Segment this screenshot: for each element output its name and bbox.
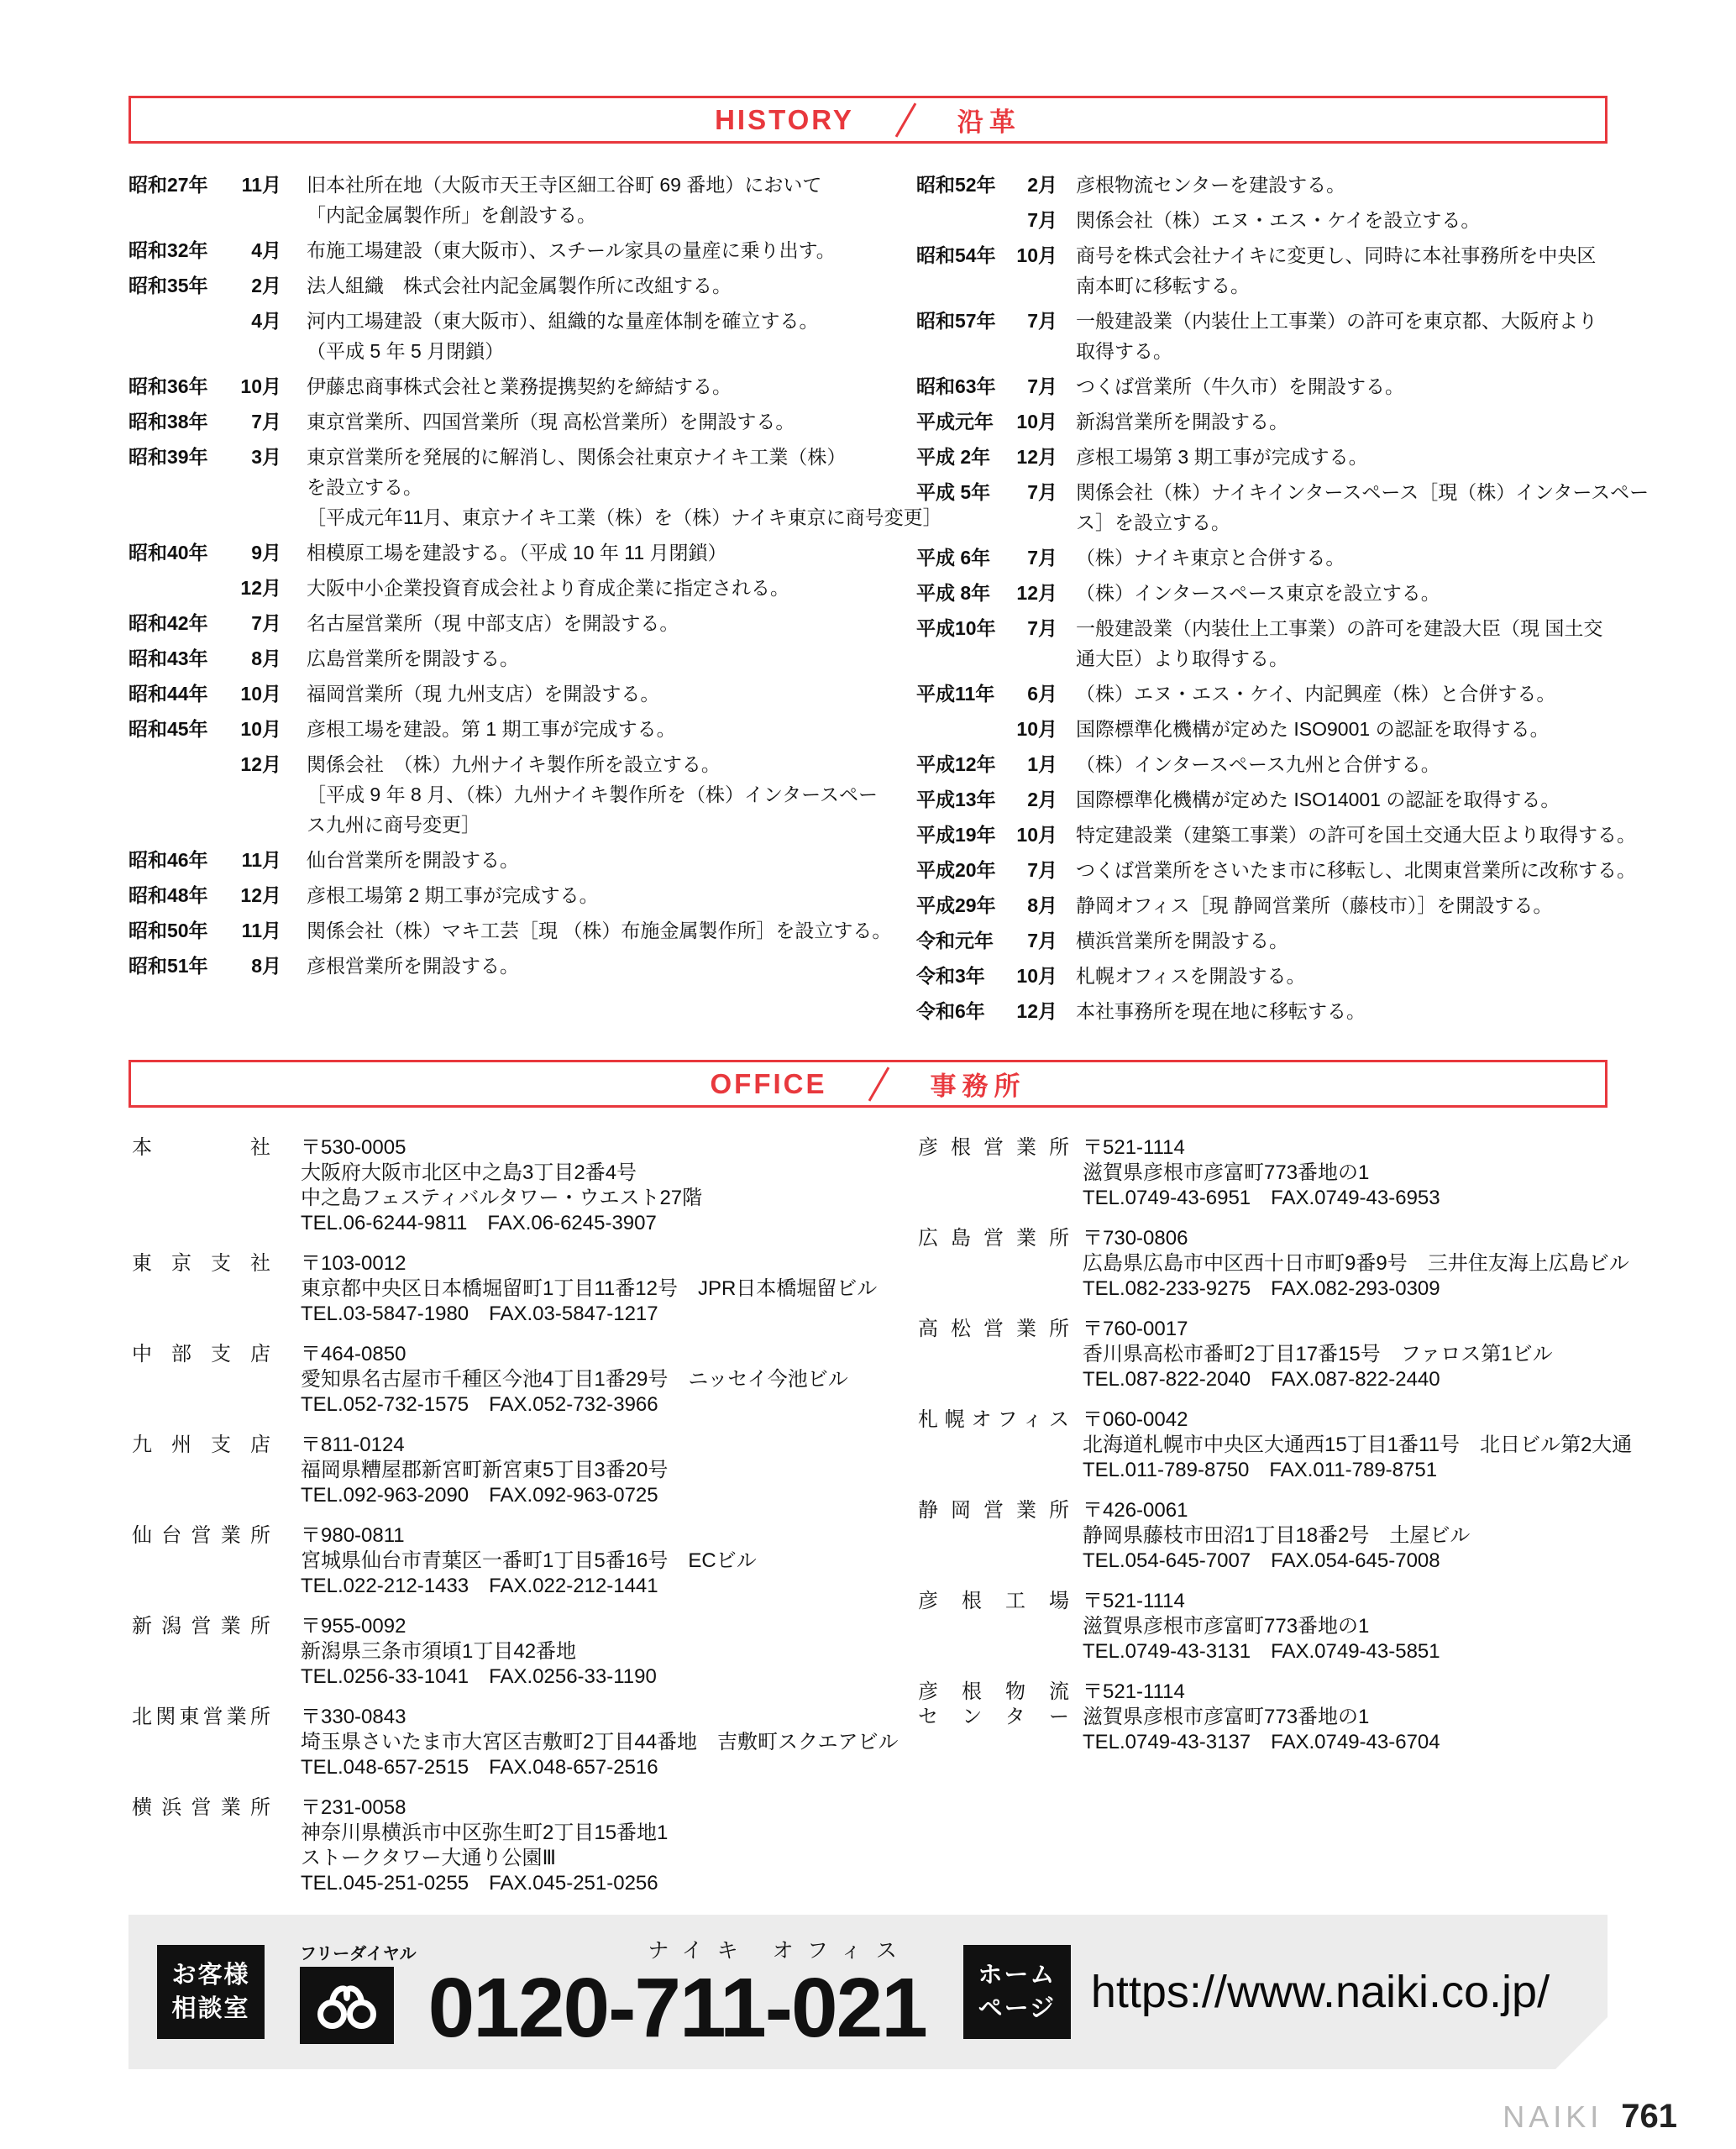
office-name: 本社 xyxy=(132,1135,270,1236)
office-detail-line: 滋賀県彦根市彦富町773番地の1 xyxy=(1083,1161,1608,1186)
office-detail-line: 神奈川県横浜市中区弥生町2丁目15番地1 xyxy=(301,1821,854,1846)
history-month: 8月 xyxy=(1010,890,1057,920)
office-detail-line: 愛知県名古屋市千種区今池4丁目1番29号 ニッセイ今池ビル xyxy=(301,1367,854,1392)
history-entry: 昭和46年11月仙台営業所を開設する。 xyxy=(128,845,849,875)
office-entry: 彦根営業所〒521-1114滋賀県彦根市彦富町773番地の1TEL.0749-4… xyxy=(918,1135,1608,1211)
history-text: 関係会社 （株）九州ナイキ製作所を設立する。［平成 9 年 8 月、（株）九州ナ… xyxy=(281,749,878,840)
history-year: 昭和63年 xyxy=(916,371,1010,401)
history-line: 国際標準化機構が定めた ISO14001 の認証を取得する。 xyxy=(1076,784,1608,815)
history-year: 昭和39年 xyxy=(128,442,228,532)
history-entry: 平成 6年7月（株）ナイキ東京と合併する。 xyxy=(916,542,1608,573)
history-line: 静岡オフィス［現 静岡営業所（藤枝市）］を開設する。 xyxy=(1076,890,1608,920)
history-line: 彦根物流センターを建設する。 xyxy=(1076,170,1608,200)
office-detail-line: TEL.054-645-7007 FAX.054-645-7008 xyxy=(1083,1549,1608,1574)
history-line: 札幌オフィスを開設する。 xyxy=(1076,961,1608,991)
history-text: 福岡営業所（現 九州支店）を開設する。 xyxy=(281,679,849,709)
office-detail-line: TEL.052-732-1575 FAX.052-732-3966 xyxy=(301,1392,854,1418)
office-name: 彦根工場 xyxy=(918,1589,1069,1664)
office-detail-line: 〒760-0017 xyxy=(1083,1317,1608,1342)
history-month: 4月 xyxy=(228,306,281,366)
history-line: 南本町に移転する。 xyxy=(1076,270,1608,301)
history-line: 彦根工場第 3 期工事が完成する。 xyxy=(1076,442,1608,472)
history-entry: 昭和50年11月関係会社（株）マキ工芸［現 （株）布施金属製作所］を設立する。 xyxy=(128,915,849,946)
office-detail-line: 埼玉県さいたま市大宮区吉敷町2丁目44番地 吉敷町スクエアビル xyxy=(301,1730,899,1755)
office-name-line: 仙台営業所 xyxy=(132,1523,270,1549)
homepage-line1: ホーム xyxy=(978,1958,1056,1992)
history-entry: 令和6年12月本社事務所を現在地に移転する。 xyxy=(916,996,1608,1026)
history-text: 国際標準化機構が定めた ISO14001 の認証を取得する。 xyxy=(1057,784,1608,815)
history-month: 7月 xyxy=(1010,205,1057,235)
office-name: 東京支社 xyxy=(132,1251,270,1327)
history-year: 令和3年 xyxy=(916,961,1010,991)
history-year: 昭和35年 xyxy=(128,270,228,301)
office-name: 横浜営業所 xyxy=(132,1795,270,1896)
office-entry: 中部支店〒464-0850愛知県名古屋市千種区今池4丁目1番29号 ニッセイ今池… xyxy=(132,1342,854,1418)
history-year xyxy=(128,749,228,840)
history-year: 昭和54年 xyxy=(916,240,1010,301)
history-text: 彦根物流センターを建設する。 xyxy=(1057,170,1608,200)
history-month: 12月 xyxy=(1010,996,1057,1026)
office-detail-line: 〒955-0092 xyxy=(301,1614,854,1639)
office-details: 〒103-0012東京都中央区日本橋堀留町1丁目11番12号 JPR日本橋堀留ビ… xyxy=(301,1251,877,1327)
history-entry: 平成 2年12月彦根工場第 3 期工事が完成する。 xyxy=(916,442,1608,472)
office-detail-line: 宮城県仙台市青葉区一番町1丁目5番16号 ECビル xyxy=(301,1549,854,1574)
office-detail-line: 〒521-1114 xyxy=(1083,1589,1608,1614)
office-detail-line: TEL.0749-43-3137 FAX.0749-43-6704 xyxy=(1083,1730,1608,1755)
history-year: 昭和52年 xyxy=(916,170,1010,200)
history-column-left: 昭和27年11月旧本社所在地（大阪市天王寺区細工谷町 69 番地）において「内記… xyxy=(128,170,849,1031)
history-year: 昭和44年 xyxy=(128,679,228,709)
history-timeline: 昭和27年11月旧本社所在地（大阪市天王寺区細工谷町 69 番地）において「内記… xyxy=(128,170,1608,1031)
history-text: 旧本社所在地（大阪市天王寺区細工谷町 69 番地）において「内記金属製作所」を創… xyxy=(281,170,849,230)
history-entry: 昭和38年7月東京営業所、四国営業所（現 高松営業所）を開設する。 xyxy=(128,406,849,437)
history-title-en: HISTORY xyxy=(715,104,854,136)
history-entry: 12月関係会社 （株）九州ナイキ製作所を設立する。［平成 9 年 8 月、（株）… xyxy=(128,749,849,840)
history-line: （平成 5 年 5 月閉鎖） xyxy=(307,336,849,366)
office-details: 〒980-0811宮城県仙台市青葉区一番町1丁目5番16号 ECビルTEL.02… xyxy=(301,1523,854,1599)
history-entry: 令和元年7月横浜営業所を開設する。 xyxy=(916,925,1608,956)
history-line: 一般建設業（内装仕上工事業）の許可を東京都、大阪府より xyxy=(1076,306,1608,336)
office-detail-line: 香川県高松市番町2丁目17番15号 ファロス第1ビル xyxy=(1083,1342,1608,1367)
history-text: 彦根工場を建設。第 1 期工事が完成する。 xyxy=(281,714,849,744)
history-entry: 昭和51年8月彦根営業所を開設する。 xyxy=(128,951,849,981)
history-year xyxy=(916,205,1010,235)
history-year: 昭和42年 xyxy=(128,608,228,638)
history-year: 平成 2年 xyxy=(916,442,1010,472)
office-name: 新潟営業所 xyxy=(132,1614,270,1690)
history-text: （株）ナイキ東京と合併する。 xyxy=(1057,542,1608,573)
office-detail-line: TEL.011-789-8750 FAX.011-789-8751 xyxy=(1083,1458,1632,1483)
history-line: 関係会社（株）エヌ・エス・ケイを設立する。 xyxy=(1076,205,1608,235)
office-detail-line: 〒521-1114 xyxy=(1083,1135,1608,1161)
history-line: 関係会社（株）ナイキインタースペース［現（株）インタースペー xyxy=(1076,477,1649,507)
phone-ruby: ナイキ オフィス xyxy=(428,1934,926,1964)
history-line: つくば営業所（牛久市）を開設する。 xyxy=(1076,371,1608,401)
history-text: 法人組織 株式会社内記金属製作所に改組する。 xyxy=(281,270,849,301)
office-name: 彦根物流センター xyxy=(918,1680,1069,1755)
office-entry: 横浜営業所〒231-0058神奈川県横浜市中区弥生町2丁目15番地1ストークタワ… xyxy=(132,1795,854,1896)
history-text: 相模原工場を建設する。（平成 10 年 11 月閉鎖） xyxy=(281,537,849,568)
office-detail-line: ストークタワー大通り公園Ⅲ xyxy=(301,1846,854,1871)
office-entry: 彦根物流センター〒521-1114滋賀県彦根市彦富町773番地の1TEL.074… xyxy=(918,1680,1608,1755)
history-line: 取得する。 xyxy=(1076,336,1608,366)
office-detail-line: 中之島フェスティバルタワー・ウエスト27階 xyxy=(301,1186,854,1211)
office-name-line: 彦根工場 xyxy=(918,1589,1069,1614)
history-entry: 昭和54年10月商号を株式会社ナイキに変更し、同時に本社事務所を中央区南本町に移… xyxy=(916,240,1608,301)
history-year: 平成 8年 xyxy=(916,578,1010,608)
office-detail-line: TEL.022-212-1433 FAX.022-212-1441 xyxy=(301,1574,854,1599)
office-column-right: 彦根営業所〒521-1114滋賀県彦根市彦富町773番地の1TEL.0749-4… xyxy=(918,1135,1608,1911)
history-month: 12月 xyxy=(228,880,281,910)
history-column-right: 昭和52年2月彦根物流センターを建設する。7月関係会社（株）エヌ・エス・ケイを設… xyxy=(916,170,1608,1031)
office-detail-line: 福岡県糟屋郡新宮町新宮東5丁目3番20号 xyxy=(301,1458,854,1483)
history-entry: 昭和44年10月福岡営業所（現 九州支店）を開設する。 xyxy=(128,679,849,709)
office-detail-line: 〒060-0042 xyxy=(1083,1407,1632,1433)
history-line: 横浜営業所を開設する。 xyxy=(1076,925,1608,956)
office-name-line: 中部支店 xyxy=(132,1342,270,1367)
brand-logo: NAIKI xyxy=(1503,2099,1602,2135)
office-detail-line: 北海道札幌市中央区大通西15丁目1番11号 北日ビル第2大通 xyxy=(1083,1433,1632,1458)
history-line: 名古屋営業所（現 中部支店）を開設する。 xyxy=(307,608,849,638)
history-line: 法人組織 株式会社内記金属製作所に改組する。 xyxy=(307,270,849,301)
office-entry: 仙台営業所〒980-0811宮城県仙台市青葉区一番町1丁目5番16号 ECビルT… xyxy=(132,1523,854,1599)
office-detail-line: 〒103-0012 xyxy=(301,1251,877,1276)
office-detail-line: TEL.0749-43-6951 FAX.0749-43-6953 xyxy=(1083,1186,1608,1211)
history-year: 昭和45年 xyxy=(128,714,228,744)
history-month: 11月 xyxy=(228,845,281,875)
history-year: 平成元年 xyxy=(916,406,1010,437)
history-line: 彦根工場を建設。第 1 期工事が完成する。 xyxy=(307,714,849,744)
history-text: 横浜営業所を開設する。 xyxy=(1057,925,1608,956)
office-detail-line: 大阪府大阪市北区中之島3丁目2番4号 xyxy=(301,1161,854,1186)
history-line: 関係会社（株）マキ工芸［現 （株）布施金属製作所］を設立する。 xyxy=(307,915,891,946)
office-details: 〒426-0061静岡県藤枝市田沼1丁目18番2号 土屋ビルTEL.054-64… xyxy=(1083,1498,1608,1574)
history-entry: 平成11年6月（株）エヌ・エス・ケイ、内記興産（株）と合併する。 xyxy=(916,679,1608,709)
freedial-block: フリーダイヤル xyxy=(300,1940,417,2044)
history-entry: 昭和48年12月彦根工場第 2 期工事が完成する。 xyxy=(128,880,849,910)
history-line: 旧本社所在地（大阪市天王寺区細工谷町 69 番地）において xyxy=(307,170,849,200)
history-year: 平成 5年 xyxy=(916,477,1010,537)
office-entry: 新潟営業所〒955-0092新潟県三条市須頃1丁目42番地TEL.0256-33… xyxy=(132,1614,854,1690)
history-month: 10月 xyxy=(228,679,281,709)
office-detail-line: TEL.0749-43-3131 FAX.0749-43-5851 xyxy=(1083,1639,1608,1664)
office-entry: 北関東営業所〒330-0843埼玉県さいたま市大宮区吉敷町2丁目44番地 吉敷町… xyxy=(132,1705,854,1780)
history-month: 3月 xyxy=(228,442,281,532)
office-detail-line: 新潟県三条市須頃1丁目42番地 xyxy=(301,1639,854,1664)
history-year: 昭和51年 xyxy=(128,951,228,981)
history-entry: 昭和52年2月彦根物流センターを建設する。 xyxy=(916,170,1608,200)
office-name-line: 広島営業所 xyxy=(918,1226,1069,1251)
history-year xyxy=(128,306,228,366)
history-entry: 平成13年2月国際標準化機構が定めた ISO14001 の認証を取得する。 xyxy=(916,784,1608,815)
history-month: 10月 xyxy=(228,714,281,744)
office-name-line: 彦根営業所 xyxy=(918,1135,1069,1161)
history-year: 平成 6年 xyxy=(916,542,1010,573)
office-detail-line: TEL.0256-33-1041 FAX.0256-33-1190 xyxy=(301,1664,854,1690)
history-section-header: HISTORY 沿革 xyxy=(128,96,1608,144)
history-month: 7月 xyxy=(1010,542,1057,573)
history-text: （株）インタースペース東京を設立する。 xyxy=(1057,578,1608,608)
history-entry: 昭和39年3月東京営業所を発展的に解消し、関係会社東京ナイキ工業（株）を設立する… xyxy=(128,442,849,532)
office-name-line: 高松営業所 xyxy=(918,1317,1069,1342)
slash-divider-icon xyxy=(895,102,917,137)
history-line: 本社事務所を現在地に移転する。 xyxy=(1076,996,1608,1026)
history-text: 河内工場建設（東大阪市）、組織的な量産体制を確立する。（平成 5 年 5 月閉鎖… xyxy=(281,306,849,366)
history-year: 平成29年 xyxy=(916,890,1010,920)
history-text: 仙台営業所を開設する。 xyxy=(281,845,849,875)
history-entry: 平成19年10月特定建設業（建築工事業）の許可を国土交通大臣より取得する。 xyxy=(916,820,1608,850)
office-details: 〒521-1114滋賀県彦根市彦富町773番地の1TEL.0749-43-313… xyxy=(1083,1589,1608,1664)
history-entry: 昭和42年7月名古屋営業所（現 中部支店）を開設する。 xyxy=(128,608,849,638)
office-name: 静岡営業所 xyxy=(918,1498,1069,1574)
history-month: 10月 xyxy=(1010,714,1057,744)
history-month: 10月 xyxy=(228,371,281,401)
history-entry: 昭和43年8月広島営業所を開設する。 xyxy=(128,643,849,674)
freedial-label: フリーダイヤル xyxy=(300,1940,417,1964)
office-name: 高松営業所 xyxy=(918,1317,1069,1392)
history-month: 7月 xyxy=(1010,613,1057,674)
history-text: （株）インタースペース九州と合併する。 xyxy=(1057,749,1608,779)
office-detail-line: 〒980-0811 xyxy=(301,1523,854,1549)
office-details: 〒811-0124福岡県糟屋郡新宮町新宮東5丁目3番20号TEL.092-963… xyxy=(301,1433,854,1508)
history-entry: 10月国際標準化機構が定めた ISO9001 の認証を取得する。 xyxy=(916,714,1608,744)
history-title-ja: 沿革 xyxy=(957,101,1021,139)
history-line: ス九州に商号変更］ xyxy=(307,810,878,840)
office-detail-line: 広島県広島市中区西十日市町9番9号 三井住友海上広島ビル xyxy=(1083,1251,1629,1276)
office-detail-line: 滋賀県彦根市彦富町773番地の1 xyxy=(1083,1705,1608,1730)
history-text: 彦根工場第 3 期工事が完成する。 xyxy=(1057,442,1608,472)
office-entry: 広島営業所〒730-0806広島県広島市中区西十日市町9番9号 三井住友海上広島… xyxy=(918,1226,1608,1302)
history-line: 相模原工場を建設する。（平成 10 年 11 月閉鎖） xyxy=(307,537,849,568)
office-name: 中部支店 xyxy=(132,1342,270,1418)
history-month: 10月 xyxy=(1010,406,1057,437)
history-text: 伊藤忠商事株式会社と業務提携契約を締結する。 xyxy=(281,371,849,401)
history-text: つくば営業所をさいたま市に移転し、北関東営業所に改称する。 xyxy=(1057,855,1636,885)
history-month: 12月 xyxy=(1010,578,1057,608)
history-year: 昭和50年 xyxy=(128,915,228,946)
office-title-ja: 事務所 xyxy=(931,1065,1026,1103)
history-year: 昭和40年 xyxy=(128,537,228,568)
history-text: 彦根工場第 2 期工事が完成する。 xyxy=(281,880,849,910)
history-year: 平成10年 xyxy=(916,613,1010,674)
office-name-line: 彦根物流 xyxy=(918,1680,1069,1705)
office-name-line: 札幌オフィス xyxy=(918,1407,1069,1433)
history-text: 本社事務所を現在地に移転する。 xyxy=(1057,996,1608,1026)
history-text: 静岡オフィス［現 静岡営業所（藤枝市）］を開設する。 xyxy=(1057,890,1608,920)
office-detail-line: 〒521-1114 xyxy=(1083,1680,1608,1705)
office-details: 〒330-0843埼玉県さいたま市大宮区吉敷町2丁目44番地 吉敷町スクエアビル… xyxy=(301,1705,899,1780)
history-year: 昭和27年 xyxy=(128,170,228,230)
office-entry: 彦根工場〒521-1114滋賀県彦根市彦富町773番地の1TEL.0749-43… xyxy=(918,1589,1608,1664)
history-line: を設立する。 xyxy=(307,472,942,502)
history-year: 昭和57年 xyxy=(916,306,1010,366)
customer-service-box: お客様 相談室 xyxy=(157,1945,265,2039)
history-text: つくば営業所（牛久市）を開設する。 xyxy=(1057,371,1608,401)
office-details: 〒730-0806広島県広島市中区西十日市町9番9号 三井住友海上広島ビルTEL… xyxy=(1083,1226,1629,1302)
history-entry: 令和3年10月札幌オフィスを開設する。 xyxy=(916,961,1608,991)
history-year: 平成20年 xyxy=(916,855,1010,885)
phone-number: 0120-711-021 xyxy=(428,1966,926,2050)
office-entry: 本社〒530-0005大阪府大阪市北区中之島3丁目2番4号中之島フェスティバルタ… xyxy=(132,1135,854,1236)
customer-service-line1: お客様 xyxy=(171,1958,249,1992)
office-name: 広島営業所 xyxy=(918,1226,1069,1302)
office-entry: 高松営業所〒760-0017香川県高松市番町2丁目17番15号 ファロス第1ビル… xyxy=(918,1317,1608,1392)
history-entry: 昭和35年2月法人組織 株式会社内記金属製作所に改組する。 xyxy=(128,270,849,301)
office-details: 〒760-0017香川県高松市番町2丁目17番15号 ファロス第1ビルTEL.0… xyxy=(1083,1317,1608,1392)
history-line: 「内記金属製作所」を創設する。 xyxy=(307,200,849,230)
history-text: 国際標準化機構が定めた ISO9001 の認証を取得する。 xyxy=(1057,714,1608,744)
history-text: 札幌オフィスを開設する。 xyxy=(1057,961,1608,991)
homepage-box: ホーム ページ xyxy=(963,1945,1071,2039)
history-year: 平成13年 xyxy=(916,784,1010,815)
history-entry: 昭和63年7月つくば営業所（牛久市）を開設する。 xyxy=(916,371,1608,401)
history-month: 11月 xyxy=(228,170,281,230)
office-section-header: OFFICE 事務所 xyxy=(128,1060,1608,1108)
history-entry: 4月河内工場建設（東大阪市）、組織的な量産体制を確立する。（平成 5 年 5 月… xyxy=(128,306,849,366)
office-detail-line: 〒426-0061 xyxy=(1083,1498,1608,1523)
office-entry: 東京支社〒103-0012東京都中央区日本橋堀留町1丁目11番12号 JPR日本… xyxy=(132,1251,854,1327)
office-detail-line: 〒330-0843 xyxy=(301,1705,899,1730)
history-year: 平成19年 xyxy=(916,820,1010,850)
history-entry: 平成元年10月新潟営業所を開設する。 xyxy=(916,406,1608,437)
history-entry: 平成20年7月つくば営業所をさいたま市に移転し、北関東営業所に改称する。 xyxy=(916,855,1608,885)
history-month: 7月 xyxy=(1010,855,1057,885)
history-month: 7月 xyxy=(228,608,281,638)
history-line: 河内工場建設（東大阪市）、組織的な量産体制を確立する。 xyxy=(307,306,849,336)
history-text: 商号を株式会社ナイキに変更し、同時に本社事務所を中央区南本町に移転する。 xyxy=(1057,240,1608,301)
office-name: 九州支店 xyxy=(132,1433,270,1508)
history-month: 7月 xyxy=(1010,925,1057,956)
history-text: 名古屋営業所（現 中部支店）を開設する。 xyxy=(281,608,849,638)
history-text: 新潟営業所を開設する。 xyxy=(1057,406,1608,437)
history-year: 平成11年 xyxy=(916,679,1010,709)
catalog-page: HISTORY 沿革 昭和27年11月旧本社所在地（大阪市天王寺区細工谷町 69… xyxy=(0,0,1736,2149)
contact-band: お客様 相談室 フリーダイヤル ナイキ オフィス 0120-711-021 xyxy=(128,1915,1608,2069)
history-text: 東京営業所、四国営業所（現 高松営業所）を開設する。 xyxy=(281,406,849,437)
homepage-url[interactable]: https://www.naiki.co.jp/ xyxy=(1091,1966,1550,2018)
office-entry: 九州支店〒811-0124福岡県糟屋郡新宮町新宮東5丁目3番20号TEL.092… xyxy=(132,1433,854,1508)
office-column-left: 本社〒530-0005大阪府大阪市北区中之島3丁目2番4号中之島フェスティバルタ… xyxy=(132,1135,854,1911)
office-details: 〒530-0005大阪府大阪市北区中之島3丁目2番4号中之島フェスティバルタワー… xyxy=(301,1135,854,1236)
slash-divider-icon xyxy=(868,1067,889,1101)
history-text: 大阪中小企業投資育成会社より育成企業に指定される。 xyxy=(281,573,849,603)
office-detail-line: TEL.048-657-2515 FAX.048-657-2516 xyxy=(301,1755,899,1780)
history-entry: 7月関係会社（株）エヌ・エス・ケイを設立する。 xyxy=(916,205,1608,235)
history-entry: 昭和36年10月伊藤忠商事株式会社と業務提携契約を締結する。 xyxy=(128,371,849,401)
page-number: 761 xyxy=(1621,2098,1677,2136)
office-title-en: OFFICE xyxy=(711,1068,827,1100)
office-name: 札幌オフィス xyxy=(918,1407,1069,1483)
history-text: 関係会社（株）ナイキインタースペース［現（株）インタースペース］を設立する。 xyxy=(1057,477,1649,537)
history-text: 一般建設業（内装仕上工事業）の許可を建設大臣（現 国土交通大臣）より取得する。 xyxy=(1057,613,1608,674)
history-year: 平成12年 xyxy=(916,749,1010,779)
history-month: 7月 xyxy=(228,406,281,437)
history-month: 1月 xyxy=(1010,749,1057,779)
history-entry: 12月大阪中小企業投資育成会社より育成企業に指定される。 xyxy=(128,573,849,603)
history-line: 布施工場建設（東大阪市）、スチール家具の量産に乗り出す。 xyxy=(307,235,849,265)
history-line: 国際標準化機構が定めた ISO9001 の認証を取得する。 xyxy=(1076,714,1608,744)
history-line: 伊藤忠商事株式会社と業務提携契約を締結する。 xyxy=(307,371,849,401)
history-year: 昭和46年 xyxy=(128,845,228,875)
phone-block: ナイキ オフィス 0120-711-021 xyxy=(428,1934,926,2050)
office-name: 彦根営業所 xyxy=(918,1135,1069,1211)
history-month: 10月 xyxy=(1010,240,1057,301)
office-detail-line: 〒730-0806 xyxy=(1083,1226,1629,1251)
office-name-line: センター xyxy=(918,1705,1069,1730)
history-text: 広島営業所を開設する。 xyxy=(281,643,849,674)
office-detail-line: 〒530-0005 xyxy=(301,1135,854,1161)
history-line: 彦根営業所を開設する。 xyxy=(307,951,849,981)
history-month: 2月 xyxy=(1010,784,1057,815)
office-detail-line: 滋賀県彦根市彦富町773番地の1 xyxy=(1083,1614,1608,1639)
history-entry: 昭和57年7月一般建設業（内装仕上工事業）の許可を東京都、大阪府より取得する。 xyxy=(916,306,1608,366)
office-detail-line: TEL.06-6244-9811 FAX.06-6245-3907 xyxy=(301,1211,854,1236)
history-month: 2月 xyxy=(1010,170,1057,200)
history-line: 彦根工場第 2 期工事が完成する。 xyxy=(307,880,849,910)
office-details: 〒521-1114滋賀県彦根市彦富町773番地の1TEL.0749-43-695… xyxy=(1083,1135,1608,1211)
office-name-line: 本社 xyxy=(132,1135,270,1161)
history-month: 2月 xyxy=(228,270,281,301)
history-month: 6月 xyxy=(1010,679,1057,709)
office-detail-line: 静岡県藤枝市田沼1丁目18番2号 土屋ビル xyxy=(1083,1523,1608,1549)
history-line: ス］を設立する。 xyxy=(1076,507,1649,537)
history-line: 特定建設業（建築工事業）の許可を国土交通大臣より取得する。 xyxy=(1076,820,1636,850)
history-line: 一般建設業（内装仕上工事業）の許可を建設大臣（現 国土交 xyxy=(1076,613,1608,643)
history-line: （株）ナイキ東京と合併する。 xyxy=(1076,542,1608,573)
history-entry: 平成29年8月静岡オフィス［現 静岡営業所（藤枝市）］を開設する。 xyxy=(916,890,1608,920)
history-line: つくば営業所をさいたま市に移転し、北関東営業所に改称する。 xyxy=(1076,855,1636,885)
office-details: 〒521-1114滋賀県彦根市彦富町773番地の1TEL.0749-43-313… xyxy=(1083,1680,1608,1755)
history-text: 東京営業所を発展的に解消し、関係会社東京ナイキ工業（株）を設立する。［平成元年1… xyxy=(281,442,942,532)
history-year: 昭和38年 xyxy=(128,406,228,437)
history-month: 12月 xyxy=(228,573,281,603)
office-detail-line: TEL.087-822-2040 FAX.087-822-2440 xyxy=(1083,1367,1608,1392)
history-line: ［平成 9 年 8 月、（株）九州ナイキ製作所を（株）インタースペー xyxy=(307,779,878,810)
history-month: 9月 xyxy=(228,537,281,568)
office-details: 〒464-0850愛知県名古屋市千種区今池4丁目1番29号 ニッセイ今池ビルTE… xyxy=(301,1342,854,1418)
history-entry: 昭和40年9月相模原工場を建設する。（平成 10 年 11 月閉鎖） xyxy=(128,537,849,568)
history-text: 関係会社（株）マキ工芸［現 （株）布施金属製作所］を設立する。 xyxy=(281,915,891,946)
office-name-line: 新潟営業所 xyxy=(132,1614,270,1639)
history-line: 東京営業所を発展的に解消し、関係会社東京ナイキ工業（株） xyxy=(307,442,942,472)
history-year: 昭和48年 xyxy=(128,880,228,910)
history-line: ［平成元年11月、東京ナイキ工業（株）を（株）ナイキ東京に商号変更］ xyxy=(307,502,942,532)
history-entry: 昭和45年10月彦根工場を建設。第 1 期工事が完成する。 xyxy=(128,714,849,744)
office-details: 〒060-0042北海道札幌市中央区大通西15丁目1番11号 北日ビル第2大通T… xyxy=(1083,1407,1632,1483)
page-footer: NAIKI 761 xyxy=(1503,2098,1677,2136)
history-month: 8月 xyxy=(228,951,281,981)
history-text: （株）エヌ・エス・ケイ、内記興産（株）と合併する。 xyxy=(1057,679,1608,709)
history-line: 商号を株式会社ナイキに変更し、同時に本社事務所を中央区 xyxy=(1076,240,1608,270)
office-detail-line: TEL.092-963-2090 FAX.092-963-0725 xyxy=(301,1483,854,1508)
office-list: 本社〒530-0005大阪府大阪市北区中之島3丁目2番4号中之島フェスティバルタ… xyxy=(132,1135,1608,1911)
office-name-line: 静岡営業所 xyxy=(918,1498,1069,1523)
history-month: 4月 xyxy=(228,235,281,265)
history-line: （株）エヌ・エス・ケイ、内記興産（株）と合併する。 xyxy=(1076,679,1608,709)
office-name: 北関東営業所 xyxy=(132,1705,270,1780)
history-line: 仙台営業所を開設する。 xyxy=(307,845,849,875)
history-month: 11月 xyxy=(228,915,281,946)
history-entry: 平成 5年7月関係会社（株）ナイキインタースペース［現（株）インタースペース］を… xyxy=(916,477,1608,537)
history-text: 彦根営業所を開設する。 xyxy=(281,951,849,981)
history-line: 新潟営業所を開設する。 xyxy=(1076,406,1608,437)
history-entry: 平成10年7月一般建設業（内装仕上工事業）の許可を建設大臣（現 国土交通大臣）よ… xyxy=(916,613,1608,674)
office-details: 〒955-0092新潟県三条市須頃1丁目42番地TEL.0256-33-1041… xyxy=(301,1614,854,1690)
freephone-icon xyxy=(300,1967,394,2044)
office-name: 仙台営業所 xyxy=(132,1523,270,1599)
history-entry: 平成 8年12月（株）インタースペース東京を設立する。 xyxy=(916,578,1608,608)
office-detail-line: 〒231-0058 xyxy=(301,1795,854,1821)
